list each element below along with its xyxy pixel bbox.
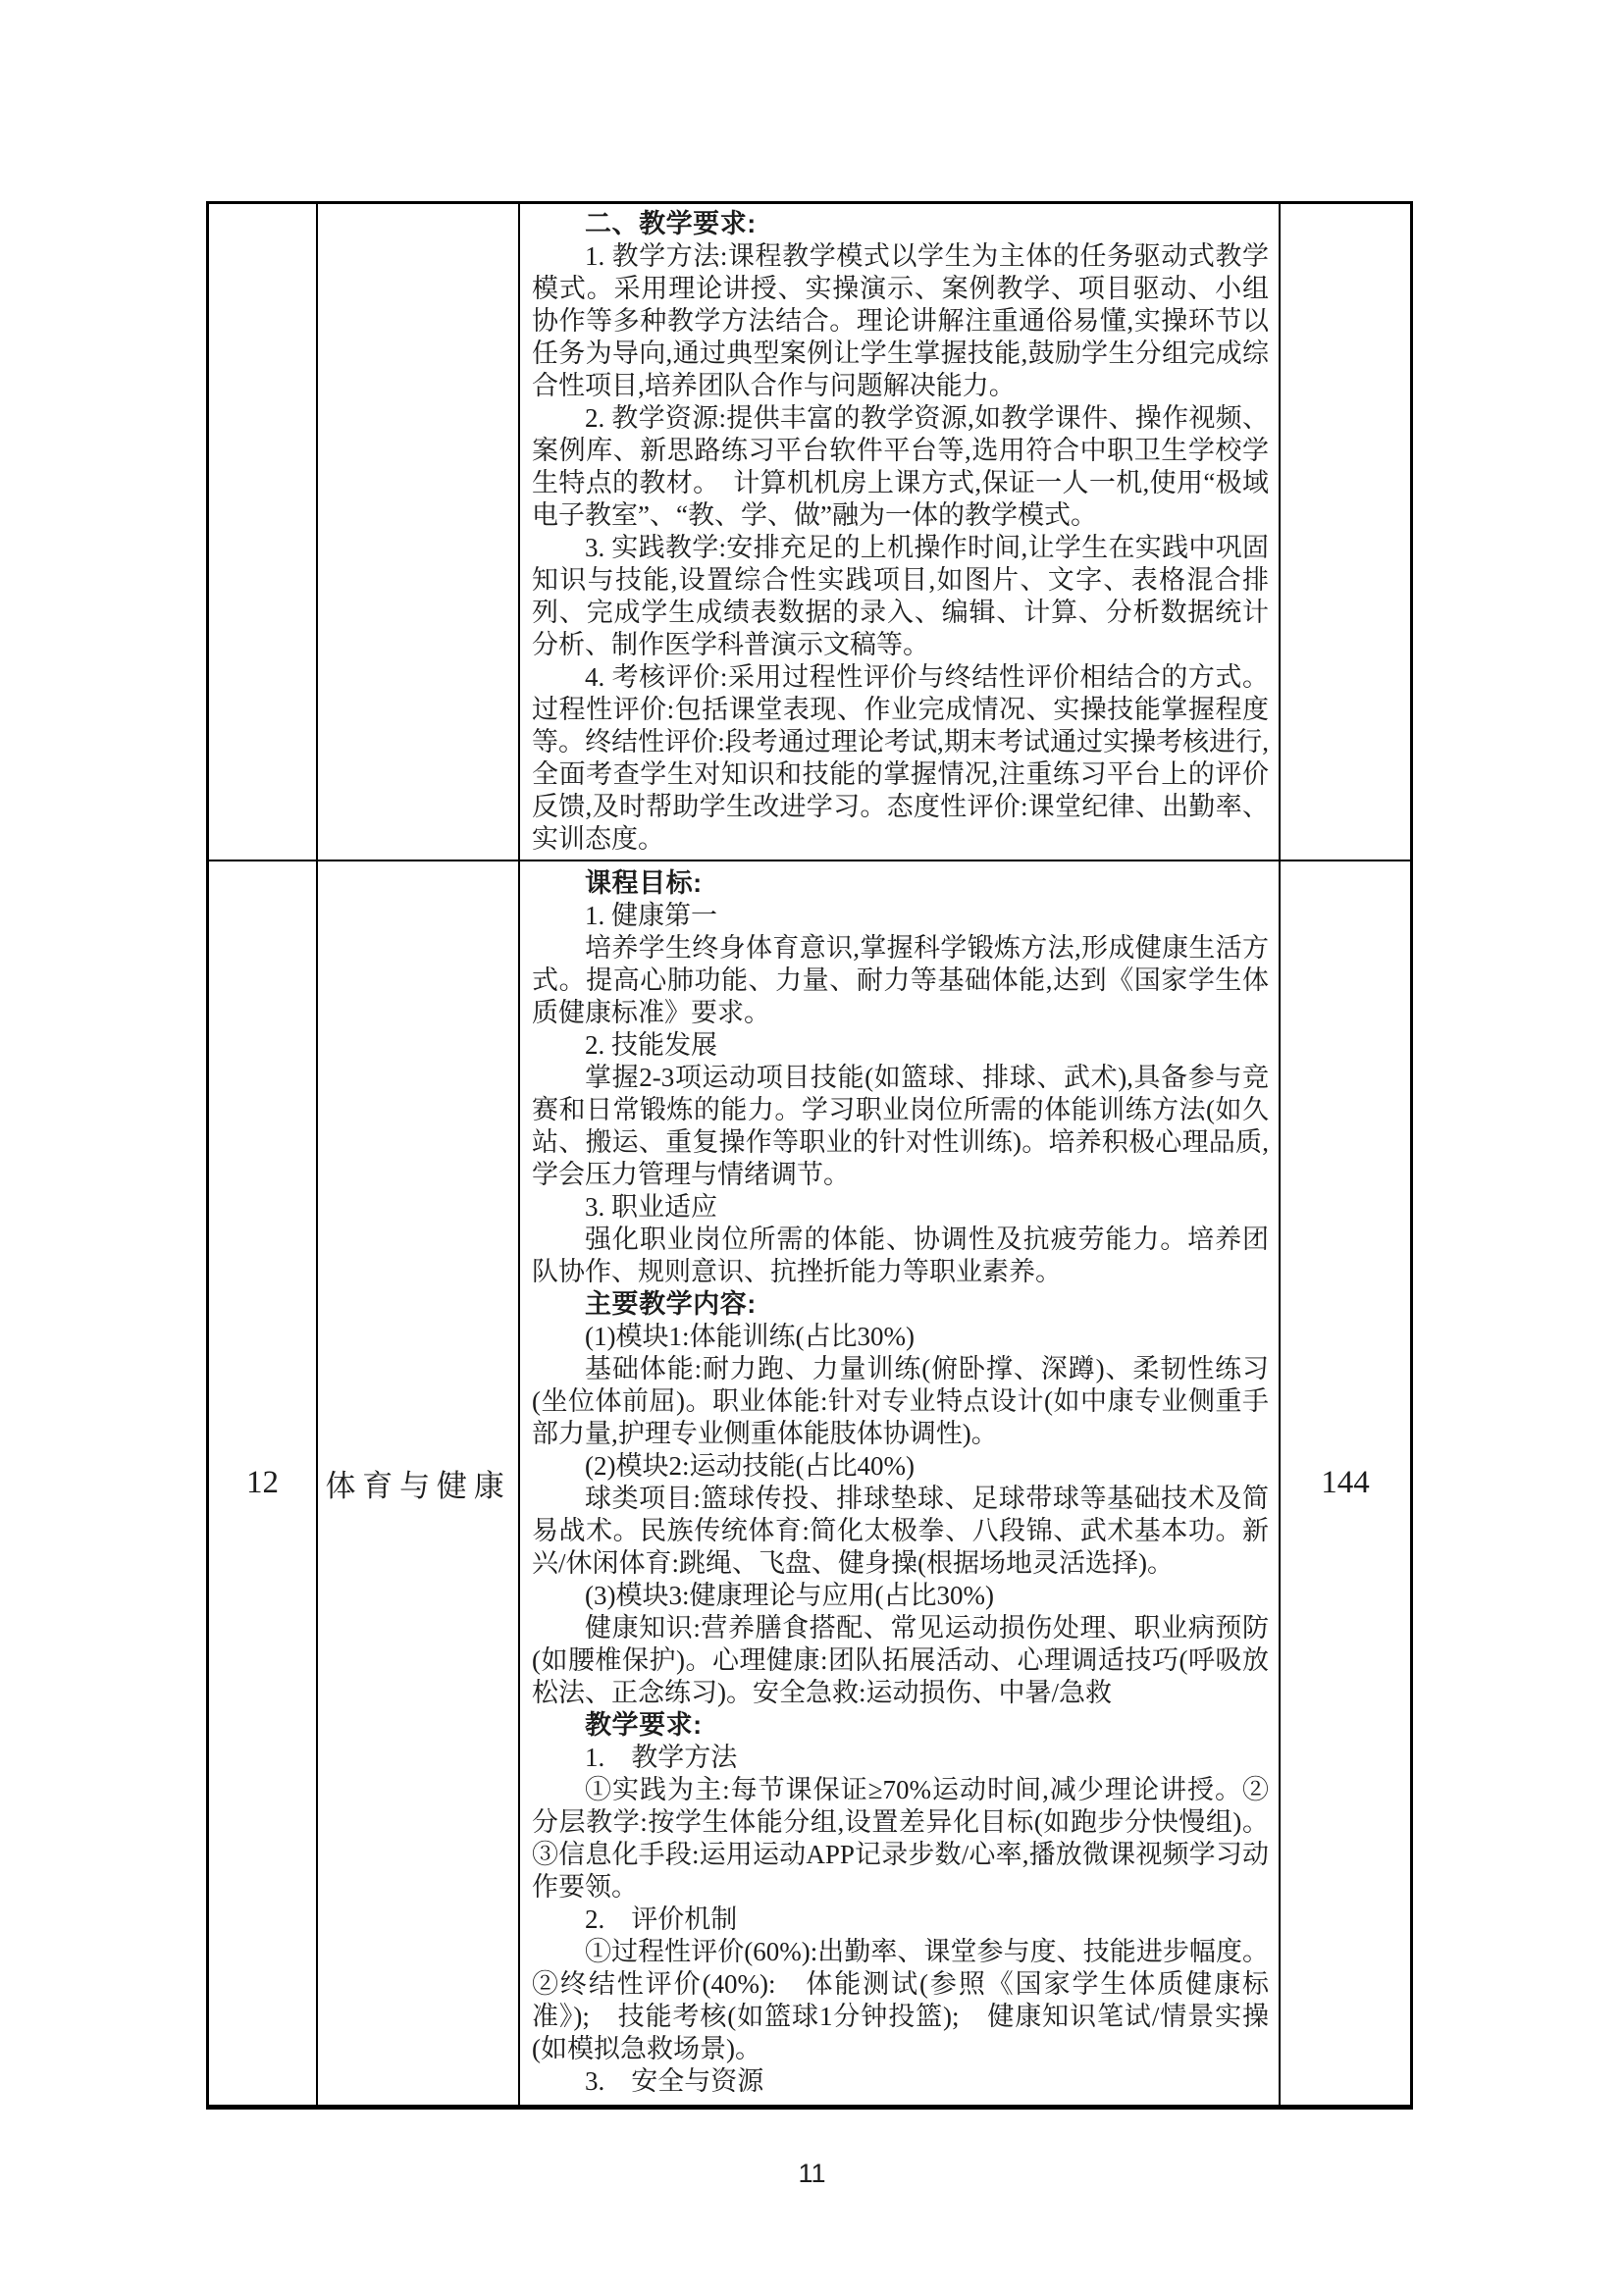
paragraph: 培养学生终身体育意识,掌握科学锻炼方法,形成健康生活方式。提高心肺功能、力量、耐… bbox=[532, 932, 1269, 1029]
paragraph: 健康知识:营养膳食搭配、常见运动损伤处理、职业病预防(如腰椎保护)。心理健康:团… bbox=[532, 1612, 1269, 1709]
course-name-cell bbox=[317, 203, 519, 861]
paragraph: 二、教学要求: bbox=[532, 208, 1269, 240]
course-number-cell: 12 bbox=[208, 861, 318, 2107]
course-hours-cell: 144 bbox=[1280, 861, 1412, 2107]
paragraph: 3. 实践教学:安排充足的上机操作时间,让学生在实践中巩固知识与技能,设置综合性… bbox=[532, 532, 1269, 661]
paragraph: 主要教学内容: bbox=[532, 1288, 1269, 1321]
paragraph: (1)模块1:体能训练(占比30%) bbox=[532, 1321, 1269, 1353]
paragraph: (3)模块3:健康理论与应用(占比30%) bbox=[532, 1580, 1269, 1612]
course-content-cell: 课程目标:1. 健康第一培养学生终身体育意识,掌握科学锻炼方法,形成健康生活方式… bbox=[519, 861, 1280, 2107]
paragraph: 1. 教学方法 bbox=[532, 1742, 1269, 1774]
paragraph: 强化职业岗位所需的体能、协调性及抗疲劳能力。培养团队协作、规则意识、抗挫折能力等… bbox=[532, 1224, 1269, 1288]
paragraph: 3. 安全与资源 bbox=[532, 2065, 1269, 2098]
paragraph: 1. 健康第一 bbox=[532, 900, 1269, 932]
paragraph: 3. 职业适应 bbox=[532, 1191, 1269, 1224]
paragraph: ①过程性评价(60%):出勤率、课堂参与度、技能进步幅度。②终结性评价(40%)… bbox=[532, 1936, 1269, 2065]
course-number-cell bbox=[208, 203, 318, 861]
paragraph: 课程目标: bbox=[532, 867, 1269, 900]
paragraph: 2. 评价机制 bbox=[532, 1904, 1269, 1936]
course-schedule-table: 二、教学要求:1. 教学方法:课程教学模式以学生为主体的任务驱动式教学模式。采用… bbox=[206, 201, 1413, 2110]
paragraph: (2)模块2:运动技能(占比40%) bbox=[532, 1450, 1269, 1483]
table-row: 二、教学要求:1. 教学方法:课程教学模式以学生为主体的任务驱动式教学模式。采用… bbox=[208, 203, 1412, 861]
paragraph: 4. 考核评价:采用过程性评价与终结性评价相结合的方式。过程性评价:包括课堂表现… bbox=[532, 661, 1269, 856]
paragraph: 2. 教学资源:提供丰富的教学资源,如教学课件、操作视频、案例库、新思路练习平台… bbox=[532, 402, 1269, 532]
paragraph: 球类项目:篮球传投、排球垫球、足球带球等基础技术及简易战术。民族传统体育:简化太… bbox=[532, 1483, 1269, 1580]
course-name-cell: 体育与健康 bbox=[317, 861, 519, 2107]
course-hours-cell bbox=[1280, 203, 1412, 861]
table-row: 12 体育与健康 课程目标:1. 健康第一培养学生终身体育意识,掌握科学锻炼方法… bbox=[208, 861, 1412, 2107]
course-content-cell: 二、教学要求:1. 教学方法:课程教学模式以学生为主体的任务驱动式教学模式。采用… bbox=[519, 203, 1280, 861]
document-page: 二、教学要求:1. 教学方法:课程教学模式以学生为主体的任务驱动式教学模式。采用… bbox=[0, 0, 1624, 2295]
paragraph: ①实践为主:每节课保证≥70%运动时间,减少理论讲授。②分层教学:按学生体能分组… bbox=[532, 1774, 1269, 1904]
page-number: 11 bbox=[0, 2159, 1624, 2189]
paragraph: 2. 技能发展 bbox=[532, 1029, 1269, 1062]
paragraph: 1. 教学方法:课程教学模式以学生为主体的任务驱动式教学模式。采用理论讲授、实操… bbox=[532, 240, 1269, 402]
paragraph: 基础体能:耐力跑、力量训练(俯卧撑、深蹲)、柔韧性练习(坐位体前屈)。职业体能:… bbox=[532, 1353, 1269, 1450]
paragraph: 掌握2-3项运动项目技能(如篮球、排球、武术),具备参与竞赛和日常锻炼的能力。学… bbox=[532, 1062, 1269, 1191]
paragraph: 教学要求: bbox=[532, 1709, 1269, 1742]
